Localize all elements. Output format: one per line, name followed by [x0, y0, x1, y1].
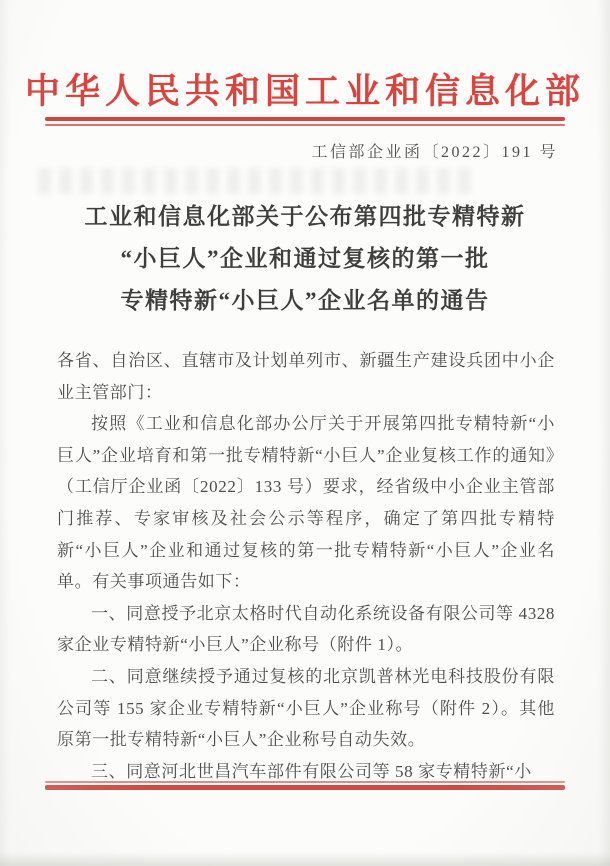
paragraph-intro: 按照《工业和信息化部办公厅关于开展第四批专精特新“小巨人”企业培育和第一批专精特… — [57, 408, 555, 598]
document-title: 工业和信息化部关于公布第四批专精特新 “小巨人”企业和通过复核的第一批 专精特新… — [30, 196, 580, 322]
footer-divider-thick — [45, 785, 565, 790]
paragraph-item-3-truncated: 三、同意河北世昌汽车部件有限公司等 58 家专精特新“小 — [57, 756, 555, 781]
document-number: 工信部企业函〔2022〕191 号 — [311, 139, 558, 162]
paragraph-item-2: 二、同意继续授予通过复核的北京凯普林光电科技股份有限公司等 155 家企业专精特… — [57, 661, 555, 756]
paragraph-item-1: 一、同意授予北京太格时代自动化系统设备有限公司等 4328 家企业专精特新“小巨… — [57, 598, 555, 661]
bleed-through-ghost-text — [38, 168, 478, 194]
footer-divider-thin — [45, 781, 565, 783]
title-line-1: 工业和信息化部关于公布第四批专精特新 — [30, 196, 580, 238]
salutation: 各省、自治区、直辖市及计划单列市、新疆生产建设兵团中小企业主管部门： — [57, 345, 555, 408]
title-line-3: 专精特新“小巨人”企业名单的通告 — [30, 280, 580, 322]
document-body: 各省、自治区、直辖市及计划单列市、新疆生产建设兵团中小企业主管部门： 按照《工业… — [57, 345, 555, 781]
document-photo: 中华人民共和国工业和信息化部 工信部企业函〔2022〕191 号 工业和信息化部… — [0, 0, 610, 866]
header-divider-thin — [45, 124, 565, 126]
header-divider-thick — [45, 117, 565, 121]
ministry-letterhead: 中华人民共和国工业和信息化部 — [0, 64, 610, 114]
title-line-2: “小巨人”企业和通过复核的第一批 — [30, 238, 580, 280]
